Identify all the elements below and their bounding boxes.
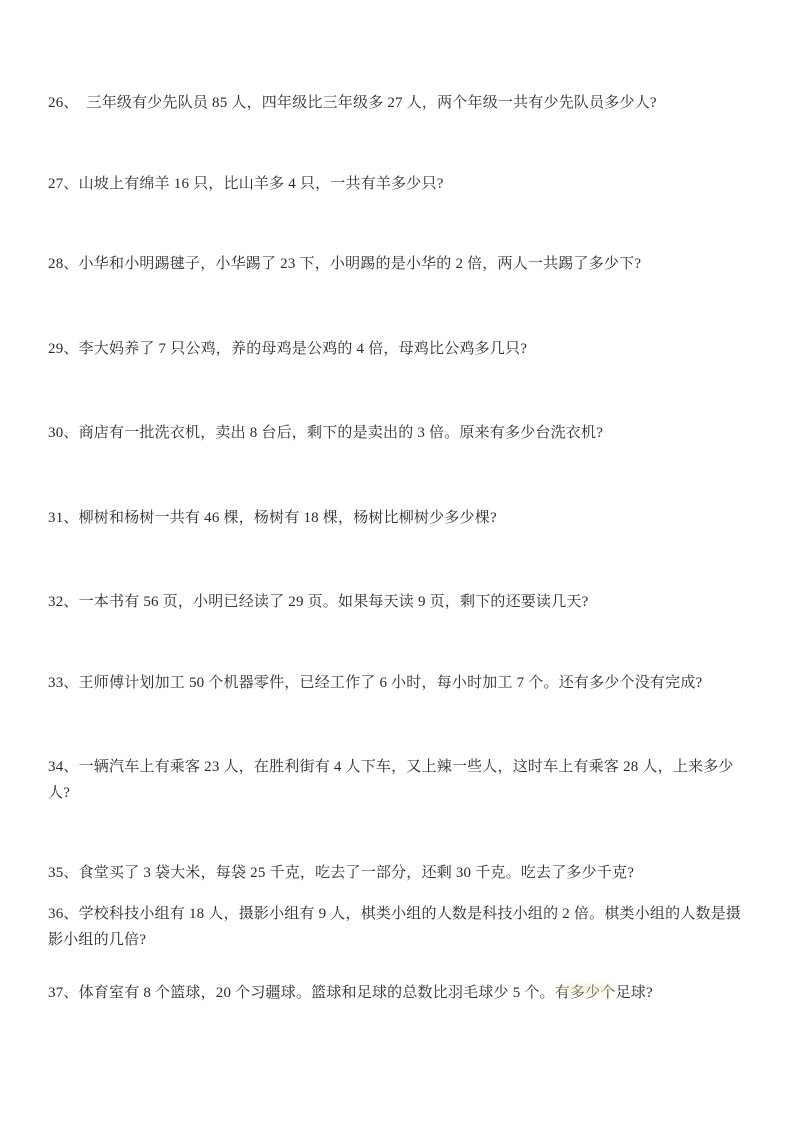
problem-37-text: 体育室有 8 个篮球，20 个习疆球。篮球和足球的总数比羽毛球少 5 个。有多少… — [79, 985, 653, 1001]
problem-29-text: 李大妈养了 7 只公鸡，养的母鸡是公鸡的 4 倍，母鸡比公鸡多几只? — [79, 341, 527, 357]
problem-35-number: 35、 — [48, 865, 79, 881]
problem-28-number: 28、 — [48, 256, 79, 272]
problem-33: 33、王师傅计划加工 50 个机器零件，已经工作了 6 小时，每小时加工 7 个… — [48, 670, 755, 696]
problem-37-number: 37、 — [48, 985, 79, 1001]
problem-27-number: 27、 — [48, 176, 79, 192]
problem-36-text: 学校科技小组有 18 人，摄影小组有 9 人，棋类小组的人数是科技小组的 2 倍… — [48, 906, 741, 948]
problem-30: 30、商店有一批洗衣机，卖出 8 台后，剩下的是卖出的 3 倍。原来有多少台洗衣… — [48, 420, 755, 446]
problem-26-number: 26、 — [48, 95, 79, 111]
problem-33-text: 王师傅计划加工 50 个机器零件，已经工作了 6 小时，每小时加工 7 个。还有… — [79, 675, 703, 691]
worksheet-page: 26、 三年级有少先队员 85 人，四年级比三年级多 27 人，两个年级一共有少… — [0, 0, 793, 1122]
problem-28: 28、小华和小明踢毽子，小华踢了 23 下，小明踢的是小华的 2 倍，两人一共踢… — [48, 251, 755, 277]
problem-30-text: 商店有一批洗衣机，卖出 8 台后，剩下的是卖出的 3 倍。原来有多少台洗衣机? — [79, 425, 603, 441]
problem-36: 36、学校科技小组有 18 人，摄影小组有 9 人，棋类小组的人数是科技小组的 … — [48, 901, 755, 953]
problem-26: 26、 三年级有少先队员 85 人，四年级比三年级多 27 人，两个年级一共有少… — [48, 90, 755, 116]
problem-34-text: 一辆汽车上有乘客 23 人，在胜利街有 4 人下车，又上辣一些人，这时车上有乘客… — [48, 759, 734, 801]
problem-36-number: 36、 — [48, 906, 79, 922]
problem-30-number: 30、 — [48, 425, 79, 441]
problem-28-text: 小华和小明踢毽子，小华踢了 23 下，小明踢的是小华的 2 倍，两人一共踢了多少… — [79, 256, 642, 272]
problem-33-number: 33、 — [48, 675, 79, 691]
problem-32: 32、一本书有 56 页，小明已经读了 29 页。如果每天读 9 页，剩下的还要… — [48, 589, 755, 615]
problem-29-number: 29、 — [48, 341, 79, 357]
problem-32-number: 32、 — [48, 594, 79, 610]
problem-35: 35、食堂买了 3 袋大米，每袋 25 千克，吃去了一部分，还剩 30 千克。吃… — [48, 860, 755, 886]
problem-34-number: 34、 — [48, 759, 79, 775]
problem-27: 27、山坡上有绵羊 16 只，比山羊多 4 只，一共有羊多少只? — [48, 171, 755, 197]
problem-31-text: 柳树和杨树一共有 46 棵，杨树有 18 棵，杨树比柳树少多少棵? — [79, 510, 497, 526]
problem-37: 37、体育室有 8 个篮球，20 个习疆球。篮球和足球的总数比羽毛球少 5 个。… — [48, 980, 755, 1006]
problem-31-number: 31、 — [48, 510, 79, 526]
problem-32-text: 一本书有 56 页，小明已经读了 29 页。如果每天读 9 页，剩下的还要读几天… — [79, 594, 589, 610]
problem-35-text: 食堂买了 3 袋大米，每袋 25 千克，吃去了一部分，还剩 30 千克。吃去了多… — [79, 865, 634, 881]
problem-29: 29、李大妈养了 7 只公鸡，养的母鸡是公鸡的 4 倍，母鸡比公鸡多几只? — [48, 336, 755, 362]
problem-31: 31、柳树和杨树一共有 46 棵，杨树有 18 棵，杨树比柳树少多少棵? — [48, 505, 755, 531]
problem-27-text: 山坡上有绵羊 16 只，比山羊多 4 只，一共有羊多少只? — [79, 176, 444, 192]
problem-34: 34、一辆汽车上有乘客 23 人，在胜利街有 4 人下车，又上辣一些人，这时车上… — [48, 754, 755, 806]
problem-26-text: 三年级有少先队员 85 人，四年级比三年级多 27 人，两个年级一共有少先队员多… — [79, 95, 657, 111]
